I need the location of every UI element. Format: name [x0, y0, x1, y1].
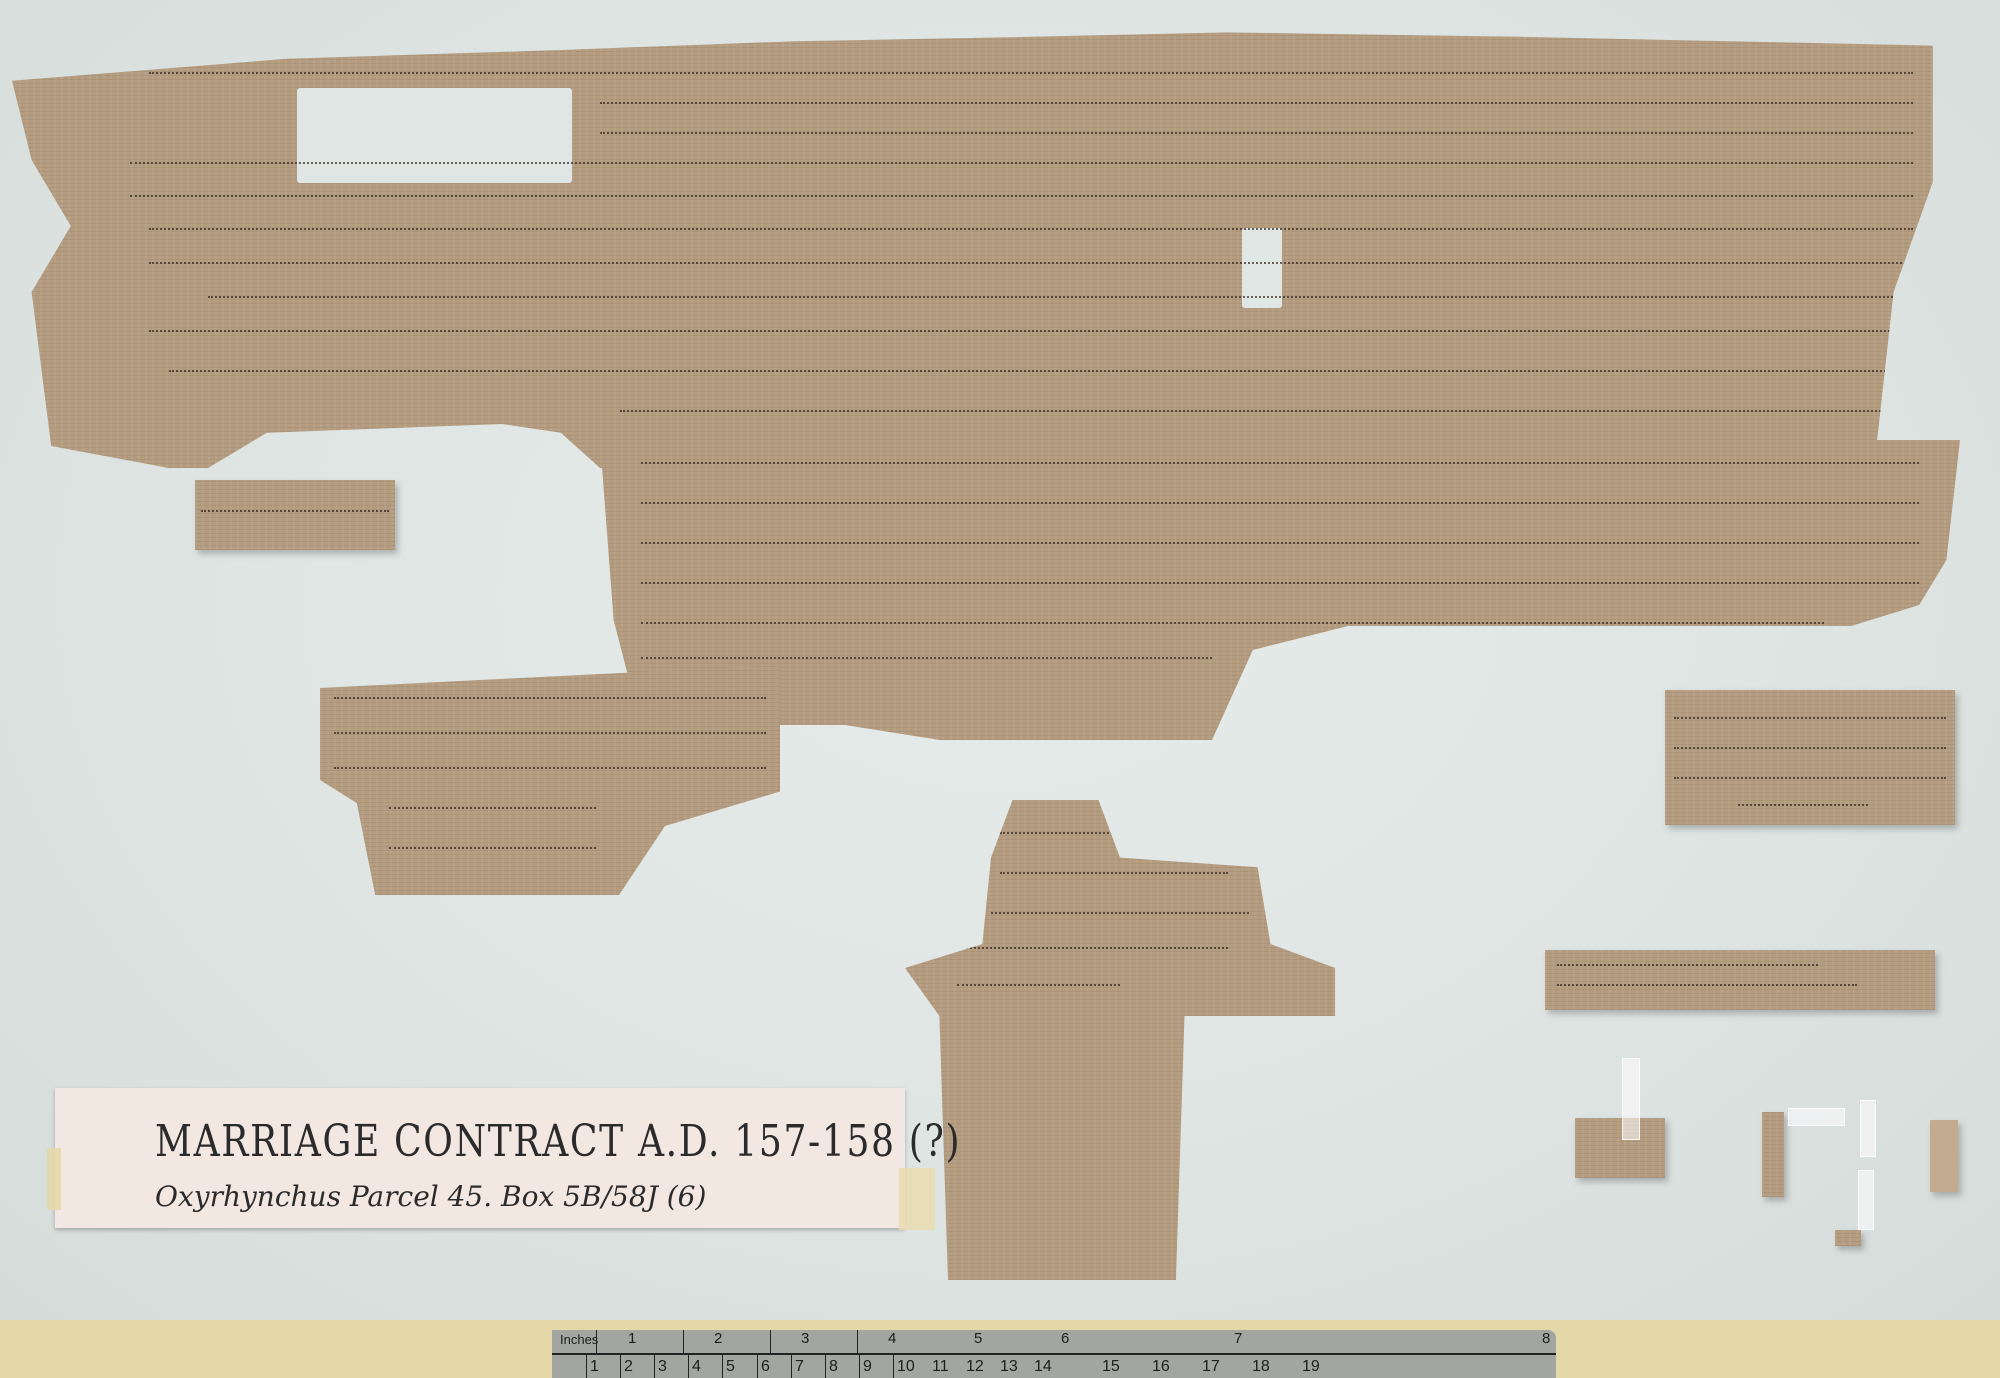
text-line — [1557, 982, 1857, 986]
text-line — [149, 328, 1913, 332]
papyrus-scrap — [1835, 1230, 1861, 1246]
mounting-tape — [1860, 1100, 1876, 1157]
ruler-tick — [757, 1353, 758, 1378]
text-line — [1674, 715, 1947, 719]
text-line — [1674, 775, 1947, 779]
cm-label: 15 — [1102, 1358, 1120, 1376]
ruler-tick — [596, 1330, 597, 1353]
ruler-tick — [722, 1353, 723, 1378]
ruler-tick — [654, 1353, 655, 1378]
text-line — [620, 408, 1914, 412]
cm-label: 18 — [1252, 1358, 1270, 1376]
cm-label: 17 — [1202, 1358, 1220, 1376]
inch-label: 1 — [628, 1330, 636, 1347]
papyrus-small-strip — [195, 480, 395, 550]
cm-label: 7 — [795, 1358, 804, 1376]
cm-label: 1 — [590, 1358, 599, 1376]
ruler-tick — [586, 1353, 587, 1378]
text-line — [1674, 745, 1947, 749]
text-line — [1000, 830, 1120, 834]
text-line — [149, 226, 1913, 230]
ruler-tick — [683, 1330, 684, 1353]
papyrus-right-fragment — [1665, 690, 1955, 825]
measuring-ruler: Inches 1 2 3 4 5 6 7 8 1 2 3 4 5 6 7 8 9… — [552, 1330, 1556, 1378]
cm-label: 2 — [624, 1358, 633, 1376]
papyrus-scrap — [1762, 1112, 1784, 1197]
text-line — [641, 460, 1919, 464]
ruler-tick — [791, 1353, 792, 1378]
ruler-center-line — [552, 1353, 1556, 1355]
mounting-tape — [1858, 1170, 1874, 1230]
text-line — [130, 160, 1914, 164]
text-line — [169, 368, 1913, 372]
cm-label: 13 — [1000, 1358, 1018, 1376]
text-line — [641, 540, 1919, 544]
inch-label: 5 — [974, 1330, 982, 1347]
papyrus-scrap — [1930, 1120, 1958, 1192]
mounting-tape — [1788, 1108, 1845, 1126]
inch-label: 4 — [888, 1330, 896, 1347]
cm-label: 3 — [658, 1358, 667, 1376]
text-line — [600, 130, 1913, 134]
label-tape-right — [899, 1168, 935, 1230]
cm-label: 11 — [932, 1358, 949, 1376]
cm-label: 10 — [897, 1358, 915, 1376]
text-line — [641, 655, 1212, 659]
ruler-tick — [770, 1330, 771, 1353]
papyrus-main-fragment — [12, 28, 1972, 468]
label-tape-left — [47, 1148, 61, 1210]
text-line — [149, 70, 1913, 74]
text-line — [1557, 962, 1818, 966]
text-line — [130, 193, 1914, 197]
cm-label: 9 — [863, 1358, 872, 1376]
text-line — [1000, 870, 1228, 874]
text-line — [641, 500, 1919, 504]
text-line — [641, 580, 1919, 584]
text-line — [957, 982, 1120, 986]
text-line — [957, 945, 1228, 949]
cm-label: 16 — [1152, 1358, 1170, 1376]
inch-label: 2 — [714, 1330, 722, 1347]
inch-label: 8 — [1542, 1330, 1550, 1347]
text-line — [201, 508, 389, 512]
text-line — [641, 620, 1824, 624]
cm-label: 14 — [1034, 1358, 1052, 1376]
papyrus-hole — [297, 88, 572, 183]
ruler-tick — [620, 1353, 621, 1378]
cm-label: 19 — [1302, 1358, 1320, 1376]
ruler-tick — [825, 1353, 826, 1378]
papyrus-strip-right-lower — [1545, 950, 1935, 1010]
text-line — [334, 730, 766, 734]
ruler-units-label: Inches — [560, 1332, 598, 1347]
cm-label: 6 — [761, 1358, 770, 1376]
ruler-tick — [859, 1353, 860, 1378]
ruler-tick — [688, 1353, 689, 1378]
inch-label: 6 — [1061, 1330, 1069, 1347]
label-subtitle: Oxyrhynchus Parcel 45. Box 5B/58J (6) — [155, 1180, 706, 1213]
ruler-tick — [893, 1353, 894, 1378]
text-line — [149, 260, 1913, 264]
ruler-tick — [857, 1330, 858, 1353]
mounting-tape — [1622, 1058, 1640, 1140]
text-line — [600, 100, 1913, 104]
text-line — [208, 294, 1913, 298]
cm-label: 8 — [829, 1358, 838, 1376]
inch-label: 3 — [801, 1330, 809, 1347]
inch-label: 7 — [1234, 1330, 1242, 1347]
text-line — [991, 910, 1249, 914]
text-line — [334, 695, 766, 699]
cm-label: 5 — [726, 1358, 735, 1376]
label-title: MARRIAGE CONTRACT A.D. 157-158 (?) — [155, 1116, 961, 1167]
catalogue-label: MARRIAGE CONTRACT A.D. 157-158 (?) Oxyrh… — [55, 1088, 905, 1228]
papyrus-scrap — [1575, 1118, 1665, 1178]
cm-label: 4 — [692, 1358, 701, 1376]
text-line — [389, 805, 596, 809]
text-line — [389, 845, 596, 849]
text-line — [334, 765, 766, 769]
text-line — [1738, 802, 1869, 806]
cm-label: 12 — [966, 1358, 984, 1376]
